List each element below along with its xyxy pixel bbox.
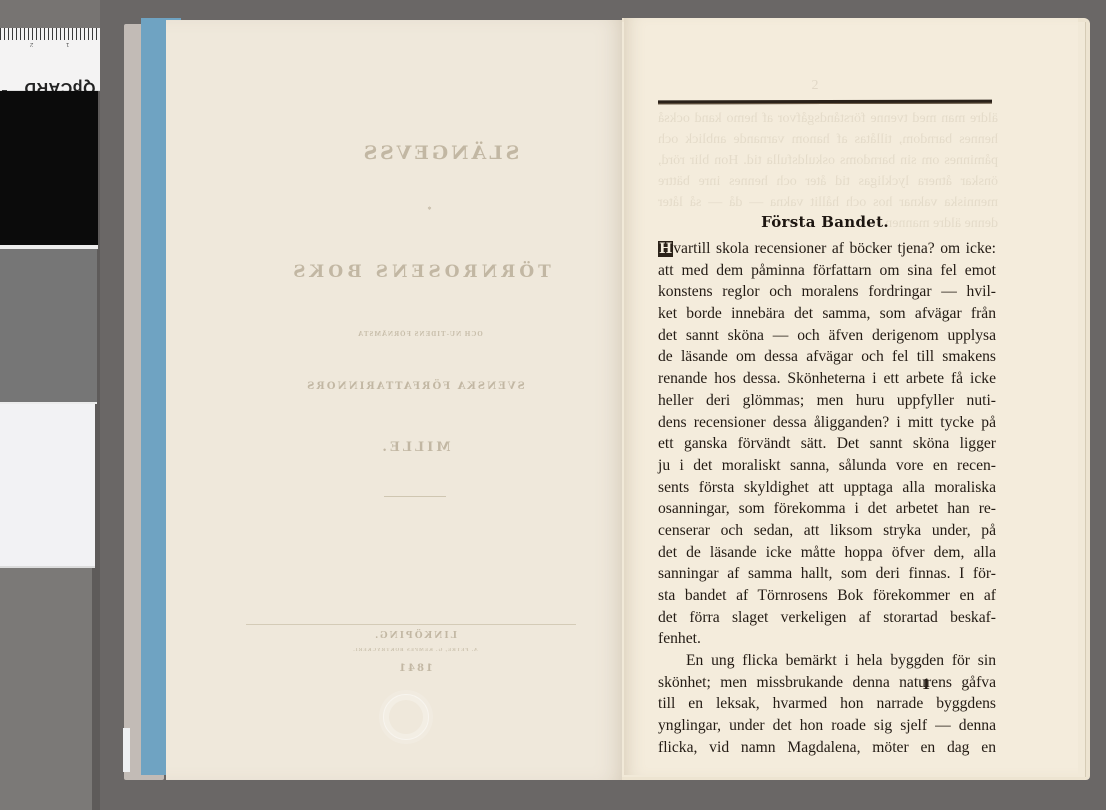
tape-strip	[123, 728, 130, 772]
page-number: 1	[916, 676, 936, 694]
color-patch-gray	[0, 249, 97, 404]
drop-cap: H	[658, 241, 673, 257]
text-line: ket borde innebära det samma, som afväga…	[658, 303, 996, 325]
show-through-title: SLÄNGEVSS	[300, 142, 580, 164]
ruler-mark: 1	[66, 41, 69, 47]
body-text: Hvartill skola recensioner af böcker tje…	[658, 238, 996, 759]
show-through-printer: A. PETRE, G. KEMPES BOKTRYCKERI.	[330, 648, 500, 653]
text-line: att med dem påminna författarn om sina f…	[658, 260, 996, 282]
text-line: ynglingar, under det hon roade sig sjelf…	[658, 715, 996, 737]
text-line: censerar och sedan, att liksom stryka un…	[658, 520, 996, 542]
text-line: Hvartill skola recensioner af böcker tje…	[658, 238, 996, 260]
show-through-year: 1841	[385, 663, 445, 674]
ruler-ticks	[0, 28, 100, 40]
show-through-rule	[246, 624, 576, 625]
text-line: ett ganska förvändt sätt. Det sannt skön…	[658, 433, 996, 455]
text-line: renande hos dessa. Skönheterna i ett arb…	[658, 368, 996, 390]
text-line: skönhet; men missbrukande denna naturens…	[658, 672, 996, 694]
text-line: dens recensioner dessa åligganden? i mit…	[658, 412, 996, 434]
text-line-content: vartill skola recensioner af böcker tjen…	[673, 240, 996, 257]
text-line: det sannt sköna — och äfven derigenom up…	[658, 325, 996, 347]
show-through-subtitle: TÖRNROSENS BOKS	[230, 262, 610, 282]
color-patch-black	[0, 91, 98, 249]
text-line: det förra slaget verkeligen af storartad…	[658, 607, 996, 629]
text-line: sta bandet af Törnrosens Bok förekommer …	[658, 585, 996, 607]
text-line: osanningar, som förekomma i det arbetet …	[658, 498, 996, 520]
show-through-line: OCH NU-TIDENS FÖRNÄMSTA	[320, 330, 520, 338]
text-line: konstens reglor och moralens fordringar …	[658, 281, 996, 303]
show-through-rule	[384, 496, 446, 497]
show-through-ornament: *	[420, 205, 436, 214]
calibration-ruler: 2 1 QpCARD	[0, 28, 100, 91]
blind-stamp-emboss	[383, 694, 429, 740]
text-line: det de läsande icke måtte hoppa öfver de…	[658, 542, 996, 564]
show-through-page-number: 2	[800, 78, 830, 94]
text-line: sents första skyldighet att upptaga alla…	[658, 477, 996, 499]
text-line: heller deri glömmas; men huru uppfyller …	[658, 390, 996, 412]
card-top-edge	[0, 0, 100, 28]
section-title: Första Bandet.	[658, 213, 992, 231]
show-through-author: MILLE.	[355, 440, 475, 455]
text-line: En ung flicka bemärkt i hela byggden för…	[658, 650, 996, 672]
color-patch-mid-gray	[0, 568, 92, 810]
text-line: de läsande om dessa afvägar och fel till…	[658, 346, 996, 368]
ruler-mark: 2	[30, 41, 33, 47]
color-patch-white	[0, 404, 95, 568]
text-line: sanningar af samma hallt, som deri finna…	[658, 563, 996, 585]
show-through-line: SVENSKA FÖRFATTARINNORS	[270, 381, 560, 392]
text-line: till en leksak, hvarmed hon narrade bygg…	[658, 693, 996, 715]
text-line: flicka, vid namn Magdalena, möter en dag…	[658, 737, 996, 759]
text-line: fenhet.	[658, 628, 996, 650]
text-line: ju i det moraliskt sanna, sålunda vore e…	[658, 455, 996, 477]
show-through-city: LINKÖPING.	[355, 631, 475, 641]
